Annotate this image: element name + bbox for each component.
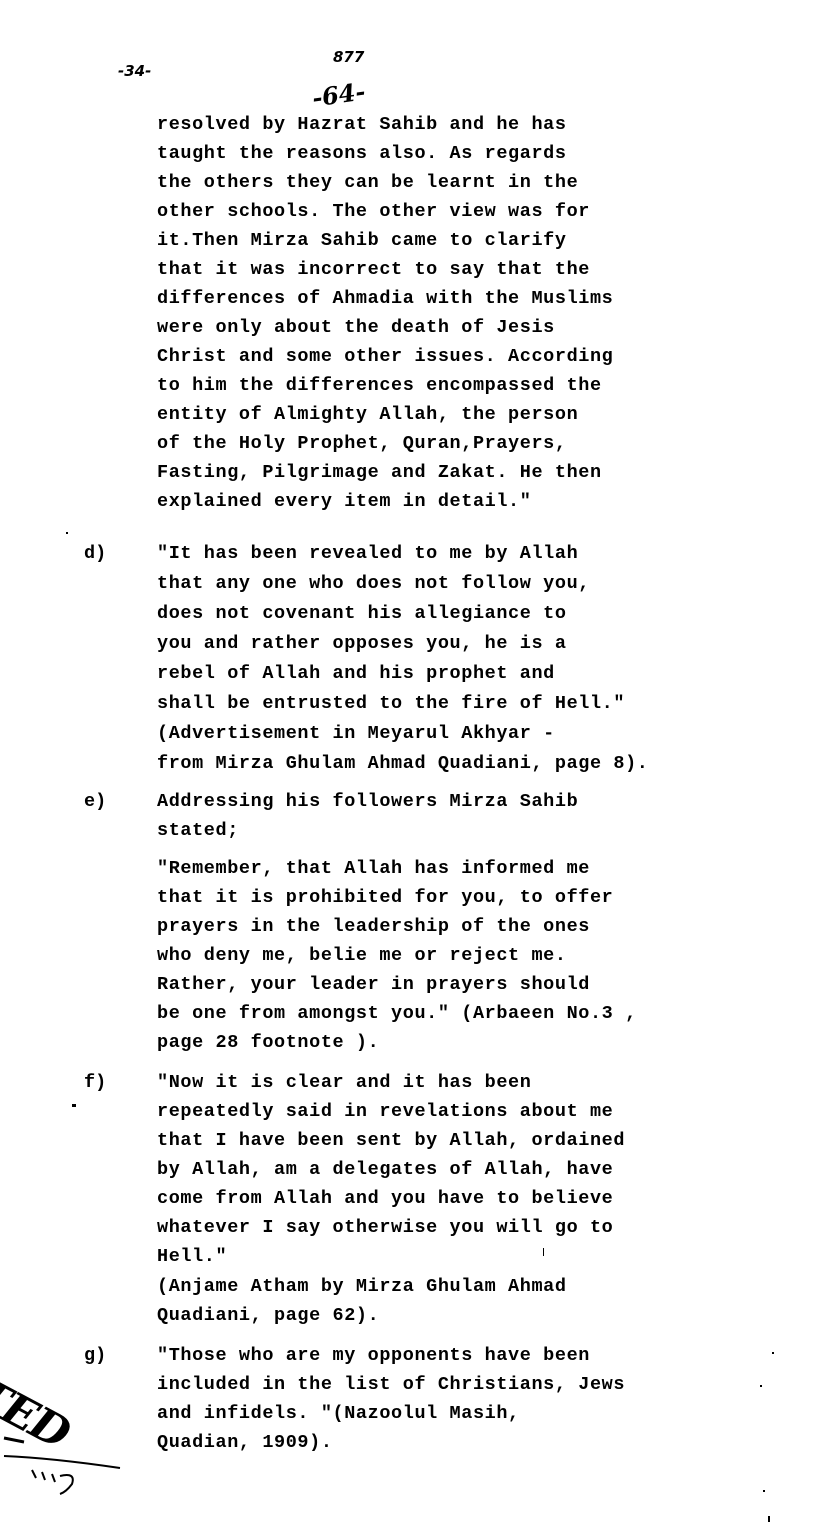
- text-line: resolved by Hazrat Sahib and he has: [157, 114, 567, 136]
- text-line: the others they can be learnt in the: [157, 172, 578, 194]
- text-line: Addressing his followers Mirza Sahib: [157, 791, 578, 813]
- scan-speck: [763, 1490, 765, 1492]
- item-marker: g): [84, 1345, 106, 1367]
- scan-speck: [66, 532, 68, 534]
- text-line: Hell.": [157, 1246, 227, 1268]
- scan-speck: [772, 1352, 774, 1354]
- text-line: Fasting, Pilgrimage and Zakat. He then: [157, 462, 602, 484]
- item-marker: f): [84, 1072, 106, 1094]
- citation-line: from Mirza Ghulam Ahmad Quadiani, page 8…: [157, 753, 648, 775]
- quote-line: who deny me, belie me or reject me.: [157, 945, 567, 967]
- text-line: differences of Ahmadia with the Muslims: [157, 288, 613, 310]
- text-line: you and rather opposes you, he is a: [157, 633, 567, 655]
- quote-line: Rather, your leader in prayers should: [157, 974, 590, 996]
- text-line: "Now it is clear and it has been: [157, 1072, 531, 1094]
- text-line: shall be entrusted to the fire of Hell.": [157, 693, 625, 715]
- text-line: included in the list of Christians, Jews: [157, 1374, 625, 1396]
- text-line: come from Allah and you have to believe: [157, 1188, 613, 1210]
- stamp-number: 877: [333, 48, 364, 66]
- handwritten-page-number: -64-: [310, 76, 367, 112]
- text-line: "Those who are my opponents have been: [157, 1345, 590, 1367]
- citation-line: page 28 footnote ).: [157, 1032, 379, 1054]
- text-line: stated;: [157, 820, 239, 842]
- citation-line: and infidels. "(Nazoolul Masih,: [157, 1403, 520, 1425]
- text-line: Christ and some other issues. According: [157, 346, 613, 368]
- text-line: does not covenant his allegiance to: [157, 603, 567, 625]
- item-marker: d): [84, 543, 106, 565]
- text-line: by Allah, am a delegates of Allah, have: [157, 1159, 613, 1181]
- text-line: "It has been revealed to me by Allah: [157, 543, 578, 565]
- text-line: whatever I say otherwise you will go to: [157, 1217, 613, 1239]
- citation-line: Quadian, 1909).: [157, 1432, 333, 1454]
- text-line: entity of Almighty Allah, the person: [157, 404, 578, 426]
- text-line: explained every item in detail.": [157, 491, 531, 513]
- text-line: that any one who does not follow you,: [157, 573, 590, 595]
- text-line: that I have been sent by Allah, ordained: [157, 1130, 625, 1152]
- text-line: it.Then Mirza Sahib came to clarify: [157, 230, 567, 252]
- text-line: other schools. The other view was for: [157, 201, 590, 223]
- text-line: to him the differences encompassed the: [157, 375, 602, 397]
- quote-line: that it is prohibited for you, to offer: [157, 887, 613, 909]
- handwritten-mark-icon: [2, 1428, 122, 1498]
- citation-line: Quadiani, page 62).: [157, 1305, 379, 1327]
- quote-line: be one from amongst you." (Arbaeen No.3 …: [157, 1003, 637, 1025]
- scan-speck: [543, 1248, 544, 1256]
- page-number: -34-: [118, 62, 151, 80]
- text-line: repeatedly said in revelations about me: [157, 1101, 613, 1123]
- citation-line: (Anjame Atham by Mirza Ghulam Ahmad: [157, 1276, 567, 1298]
- text-line: rebel of Allah and his prophet and: [157, 663, 555, 685]
- text-line: taught the reasons also. As regards: [157, 143, 567, 165]
- quote-line: prayers in the leadership of the ones: [157, 916, 590, 938]
- scan-speck: [72, 1104, 76, 1107]
- citation-line: (Advertisement in Meyarul Akhyar -: [157, 723, 555, 745]
- quote-line: "Remember, that Allah has informed me: [157, 858, 590, 880]
- text-line: that it was incorrect to say that the: [157, 259, 590, 281]
- item-marker: e): [84, 791, 106, 813]
- text-line: were only about the death of Jesis: [157, 317, 555, 339]
- scan-speck: [768, 1516, 770, 1522]
- text-line: of the Holy Prophet, Quran,Prayers,: [157, 433, 567, 455]
- scan-speck: [760, 1385, 762, 1387]
